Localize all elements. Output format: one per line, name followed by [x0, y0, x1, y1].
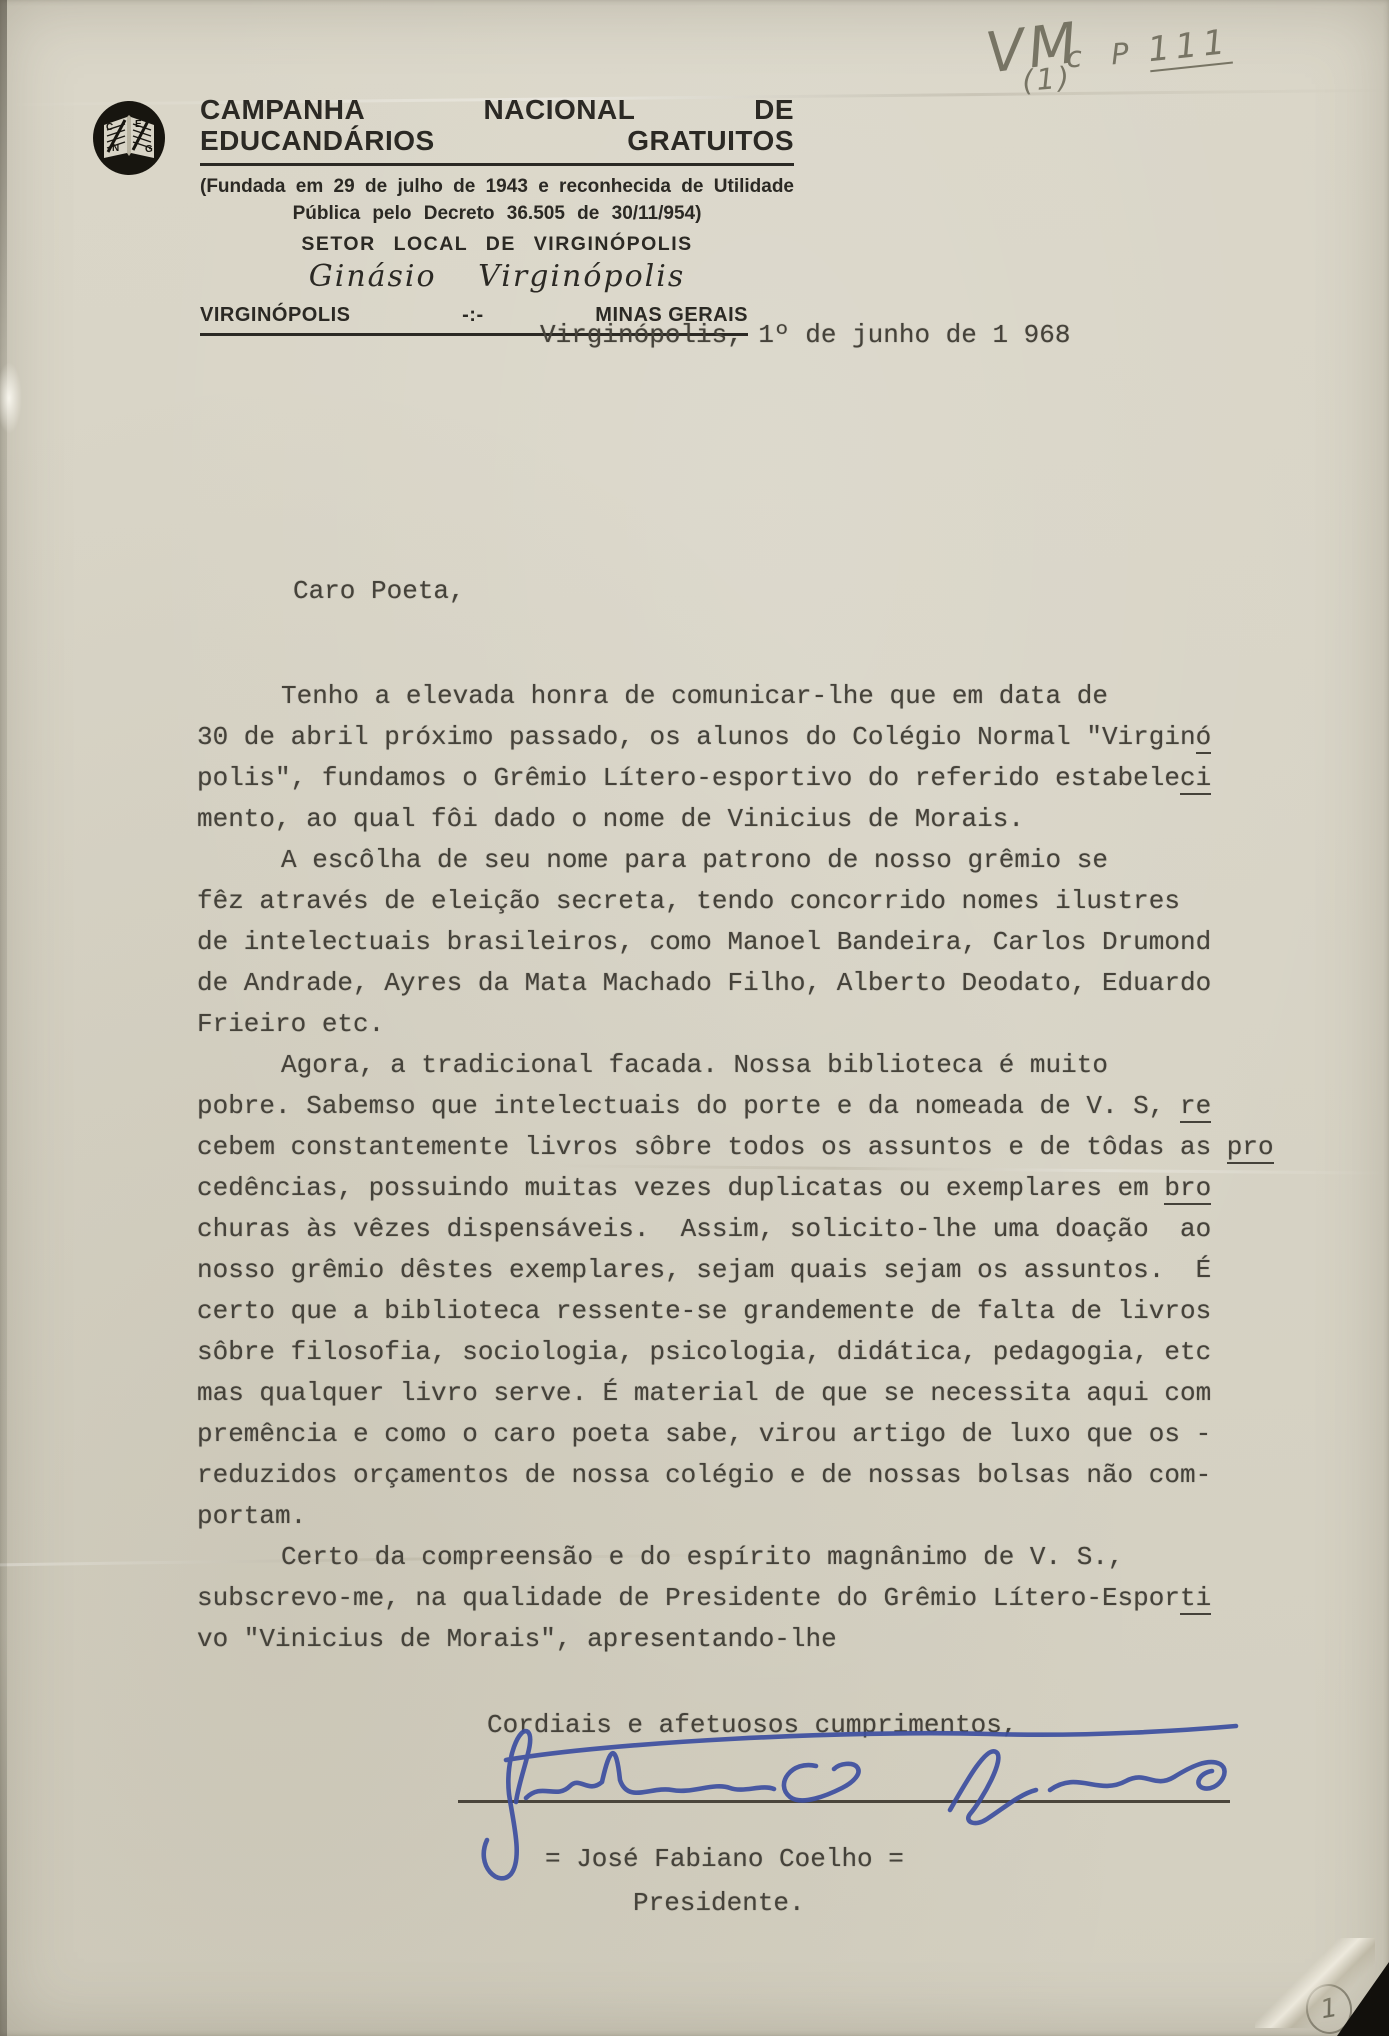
letter-line: Agora, a tradicional facada. Nossa bibli…	[197, 1045, 1274, 1086]
corner-fold-mark	[1337, 1962, 1389, 2036]
line-text: mento, ao qual fôi dado o nome de Vinici…	[197, 804, 1024, 834]
line-text: Certo da compreensão e do espírito magnâ…	[281, 1542, 1124, 1572]
line-text: A escôlha de seu nome para patrono de no…	[281, 845, 1108, 875]
cneg-open-book-logo: C E N G	[92, 100, 166, 176]
letter-line: nosso grêmio dêstes exemplares, sejam qu…	[197, 1250, 1274, 1291]
line-text: mas qualquer livro serve. É material de …	[197, 1378, 1211, 1408]
letter-line: de Andrade, Ayres da Mata Machado Filho,…	[197, 963, 1274, 1004]
signature-ink	[430, 1690, 1260, 1900]
annotation-code-cp: c P	[1065, 36, 1140, 75]
underlined-syllable: ci	[1180, 763, 1211, 795]
letter-line: Tenho a elevada honra de comunicar-lhe q…	[197, 676, 1274, 717]
letter-line: premência e como o caro poeta sabe, viro…	[197, 1414, 1274, 1455]
logo-letter-n: N	[112, 143, 119, 154]
paper-blemish	[0, 362, 22, 434]
letter-line: sôbre filosofia, sociologia, psicologia,…	[197, 1332, 1274, 1373]
letter-line: reduzidos orçamentos de nossa colégio e …	[197, 1455, 1274, 1496]
underlined-syllable: ti	[1180, 1583, 1211, 1615]
line-text: Frieiro etc.	[197, 1009, 384, 1039]
letter-line: Certo da compreensão e do espírito magnâ…	[197, 1537, 1274, 1578]
salutation: Caro Poeta,	[293, 576, 465, 606]
letter-line: pobre. Sabemso que intelectuais do porte…	[197, 1086, 1274, 1127]
underlined-syllable: pro	[1227, 1132, 1274, 1164]
letterhead-separator: -:-	[462, 303, 483, 327]
letter-line: fêz através de eleição secreta, tendo co…	[197, 881, 1274, 922]
annotation-code-number: 111	[1146, 22, 1233, 72]
letter-line: portam.	[197, 1496, 1274, 1537]
underlined-syllable: re	[1180, 1091, 1211, 1123]
line-text: 30 de abril próximo passado, os alunos d…	[197, 722, 1196, 752]
line-text: portam.	[197, 1501, 306, 1531]
letter-body: Tenho a elevada honra de comunicar-lhe q…	[197, 676, 1274, 1660]
line-text: certo que a biblioteca ressente-se grand…	[197, 1296, 1211, 1326]
line-text: reduzidos orçamentos de nossa colégio e …	[197, 1460, 1211, 1490]
line-text: Tenho a elevada honra de comunicar-lhe q…	[281, 681, 1108, 711]
line-text: sôbre filosofia, sociologia, psicologia,…	[197, 1337, 1211, 1367]
line-text: Agora, a tradicional facada. Nossa bibli…	[281, 1050, 1108, 1080]
letter-line: de intelectuais brasileiros, como Manoel…	[197, 922, 1274, 963]
letter-line: polis", fundamos o Grêmio Lítero-esporti…	[197, 758, 1274, 799]
founded-line-2: Pública pelo Decreto 36.505 de 30/11/954…	[200, 202, 794, 226]
letter-line: cebem constantemente livros sôbre todos …	[197, 1127, 1274, 1168]
letter-line: 30 de abril próximo passado, os alunos d…	[197, 717, 1274, 758]
line-text: de intelectuais brasileiros, como Manoel…	[197, 927, 1211, 957]
letter-line: certo que a biblioteca ressente-se grand…	[197, 1291, 1274, 1332]
line-text: subscrevo-me, na qualidade de Presidente…	[197, 1583, 1180, 1613]
logo-letter-g: G	[145, 144, 153, 155]
letter-line: vo "Vinicius de Morais", apresentando-lh…	[197, 1619, 1274, 1660]
line-text: premência e como o caro poeta sabe, viro…	[197, 1419, 1211, 1449]
line-text: churas às vêzes dispensáveis. Assim, sol…	[197, 1214, 1211, 1244]
scanned-letter-page: VM c P 111 (1) C E N G CAMPANHA NACIONAL…	[0, 0, 1389, 2036]
line-text: pobre. Sabemso que intelectuais do porte…	[197, 1091, 1180, 1121]
date-line: Virginópolis, 1º de junho de 1 968	[540, 320, 1071, 350]
logo-letter-c: C	[106, 122, 113, 133]
annotation-code-sub: (1)	[1021, 60, 1074, 98]
letter-line: subscrevo-me, na qualidade de Presidente…	[197, 1578, 1274, 1619]
underlined-syllable: ó	[1196, 722, 1212, 754]
line-text: vo "Vinicius de Morais", apresentando-lh…	[197, 1624, 837, 1654]
line-text: de Andrade, Ayres da Mata Machado Filho,…	[197, 968, 1211, 998]
letter-line: mento, ao qual fôi dado o nome de Vinici…	[197, 799, 1274, 840]
letter-line: Frieiro etc.	[197, 1004, 1274, 1045]
paper-edge-shadow	[0, 0, 7, 2036]
founded-line-1: (Fundada em 29 de julho de 1943 e reconh…	[200, 175, 794, 199]
line-text: cebem constantemente livros sôbre todos …	[197, 1132, 1227, 1162]
line-text: fêz através de eleição secreta, tendo co…	[197, 886, 1180, 916]
sector-line: SETOR LOCAL DE VIRGINÓPOLIS	[200, 232, 794, 257]
letterhead-city: VIRGINÓPOLIS	[200, 303, 350, 327]
letter-line: churas às vêzes dispensáveis. Assim, sol…	[197, 1209, 1274, 1250]
line-text: polis", fundamos o Grêmio Lítero-esporti…	[197, 763, 1180, 793]
line-text: nosso grêmio dêstes exemplares, sejam qu…	[197, 1255, 1211, 1285]
letter-line: mas qualquer livro serve. É material de …	[197, 1373, 1274, 1414]
underlined-syllable: bro	[1164, 1173, 1211, 1205]
letter-line: cedências, possuindo muitas vezes duplic…	[197, 1168, 1274, 1209]
letterhead: CAMPANHA NACIONAL DE EDUCANDÁRIOS GRATUI…	[200, 94, 794, 336]
organization-name: CAMPANHA NACIONAL DE EDUCANDÁRIOS GRATUI…	[200, 94, 794, 166]
school-name: Ginásio Virginópolis	[200, 259, 794, 295]
line-text: cedências, possuindo muitas vezes duplic…	[197, 1173, 1164, 1203]
logo-letter-e: E	[135, 119, 142, 130]
letter-line: A escôlha de seu nome para patrono de no…	[197, 840, 1274, 881]
